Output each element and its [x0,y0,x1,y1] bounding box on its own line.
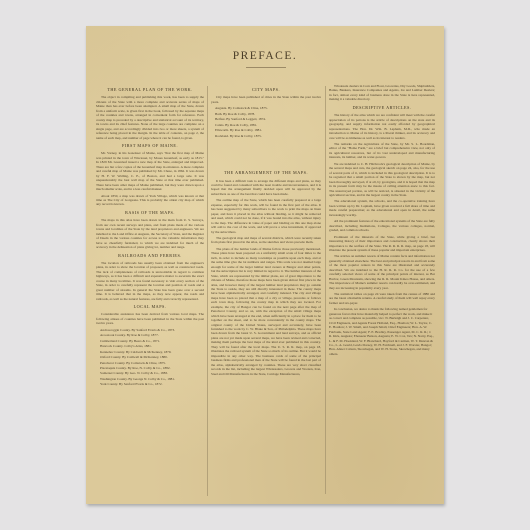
section-heading: THE GENERAL PLAN OF THE WORK. [96,88,204,92]
paragraph: City maps have been published of cities … [211,95,321,104]
paragraph: We are indebted to C. H. Hitchcock's geo… [329,162,435,198]
paragraph: The object in compiling and publishing t… [96,95,204,140]
list-item: Piscataquis County. By Roe, N. Colby & C… [104,366,204,370]
paragraph: The geological map and maps of several d… [211,236,321,245]
list-item: Washington County. By George N. Colby & … [104,377,204,381]
column-divider [207,86,208,496]
paragraph: The location of railroads has usually be… [96,261,204,301]
paragraph: The history of the atlas which we are co… [329,113,435,140]
section-heading: BASIS OF THE MAPS. [96,211,204,215]
list-item: Rockland. By Roe & Colby, 1875. [219,134,321,138]
text-column-2: CITY MAPS. City maps have been published… [211,84,321,378]
list-item: Kennebec County. By Caldwell & McKenney,… [104,350,204,354]
paragraph: The maps in this atlas have been drawn i… [96,218,204,249]
section-heading: LOCAL MAPS. [96,305,204,309]
section-heading: DESCRIPTIVE ARTICLES. [329,106,435,110]
section-heading: CITY MAPS. [211,88,321,92]
paragraph: The articles on summer resorts of Maine … [329,254,435,290]
poster-print: PREFACE. THE GENERAL PLAN OF THE WORK. T… [86,26,444,504]
paragraph: The remarks on the Agriculture of the St… [329,142,435,160]
paragraph: The outline map of the State, which has … [211,198,321,234]
list-item: Ellsworth. By Roe & Colby, 1881. [219,128,321,132]
paragraph: About 1850, a map was drawn of York Vill… [96,194,204,207]
list-item: Calais. By Roe & Colby, 1881. [219,123,321,127]
list-item: York County. By Sanford Evarts & Co., 18… [104,382,204,386]
column-divider [325,86,326,494]
list-item: Androscoggin County. By Sanford Evarts &… [104,328,204,332]
paragraph: Wholesale dealers in Corn and Flour, Gro… [329,84,435,102]
section-heading: FIRST MAPS OF MAINE. [96,144,204,148]
title-divider [246,67,286,68]
paragraph: The educational system, the schools, and… [329,199,435,217]
paragraph: All the prominent features of the educat… [329,219,435,232]
text-column-1: THE GENERAL PLAN OF THE WORK. The object… [96,84,204,388]
list-item: Penobscot County. By Comstock & Cline, 1… [104,361,204,365]
list-item: Oxford County. By Caldwell & McKenney, 1… [104,355,204,359]
paragraph: Mr. Varney, in his Gazetteer of Maine, s… [96,151,204,191]
paragraph: The statistical tables on page 24 were t… [329,292,435,305]
section-heading: THE ARRANGEMENT OF THE MAPS. [211,171,321,175]
list-item: Somerset County. By Geo. N. Colby & Co.,… [104,371,204,375]
paragraph: The plans of the lumber lands of Maine f… [211,247,321,376]
text-column-3: Wholesale dealers in Corn and Flour, Gro… [329,84,435,358]
list-item: Augusta. By Comstock & Cline, 1875. [219,106,321,110]
paragraph: Prominent of the minerals of the State, … [329,235,435,253]
paragraph: Considerable assistance has been derived… [96,312,204,325]
list-item: Bath. By Roe & Colby, 1878. [219,112,321,116]
paragraph: In conclusion, we desire to thank the fo… [329,307,435,356]
list-item: Aroostook County. By Roe & Colby, 1877. [104,333,204,337]
section-heading: RAILROADS AND FERRIES. [96,254,204,258]
paragraph: It has been a difficult task to arrange … [211,179,321,197]
page-title: PREFACE. [86,50,444,62]
list-item: Cumberland County. By Beers & Co., 1871. [104,339,204,343]
list-item: Belfast. By Sanford & Leggett, 1874. [219,117,321,121]
list-item: Hancock County. Colby's Atlas, 1881. [104,344,204,348]
